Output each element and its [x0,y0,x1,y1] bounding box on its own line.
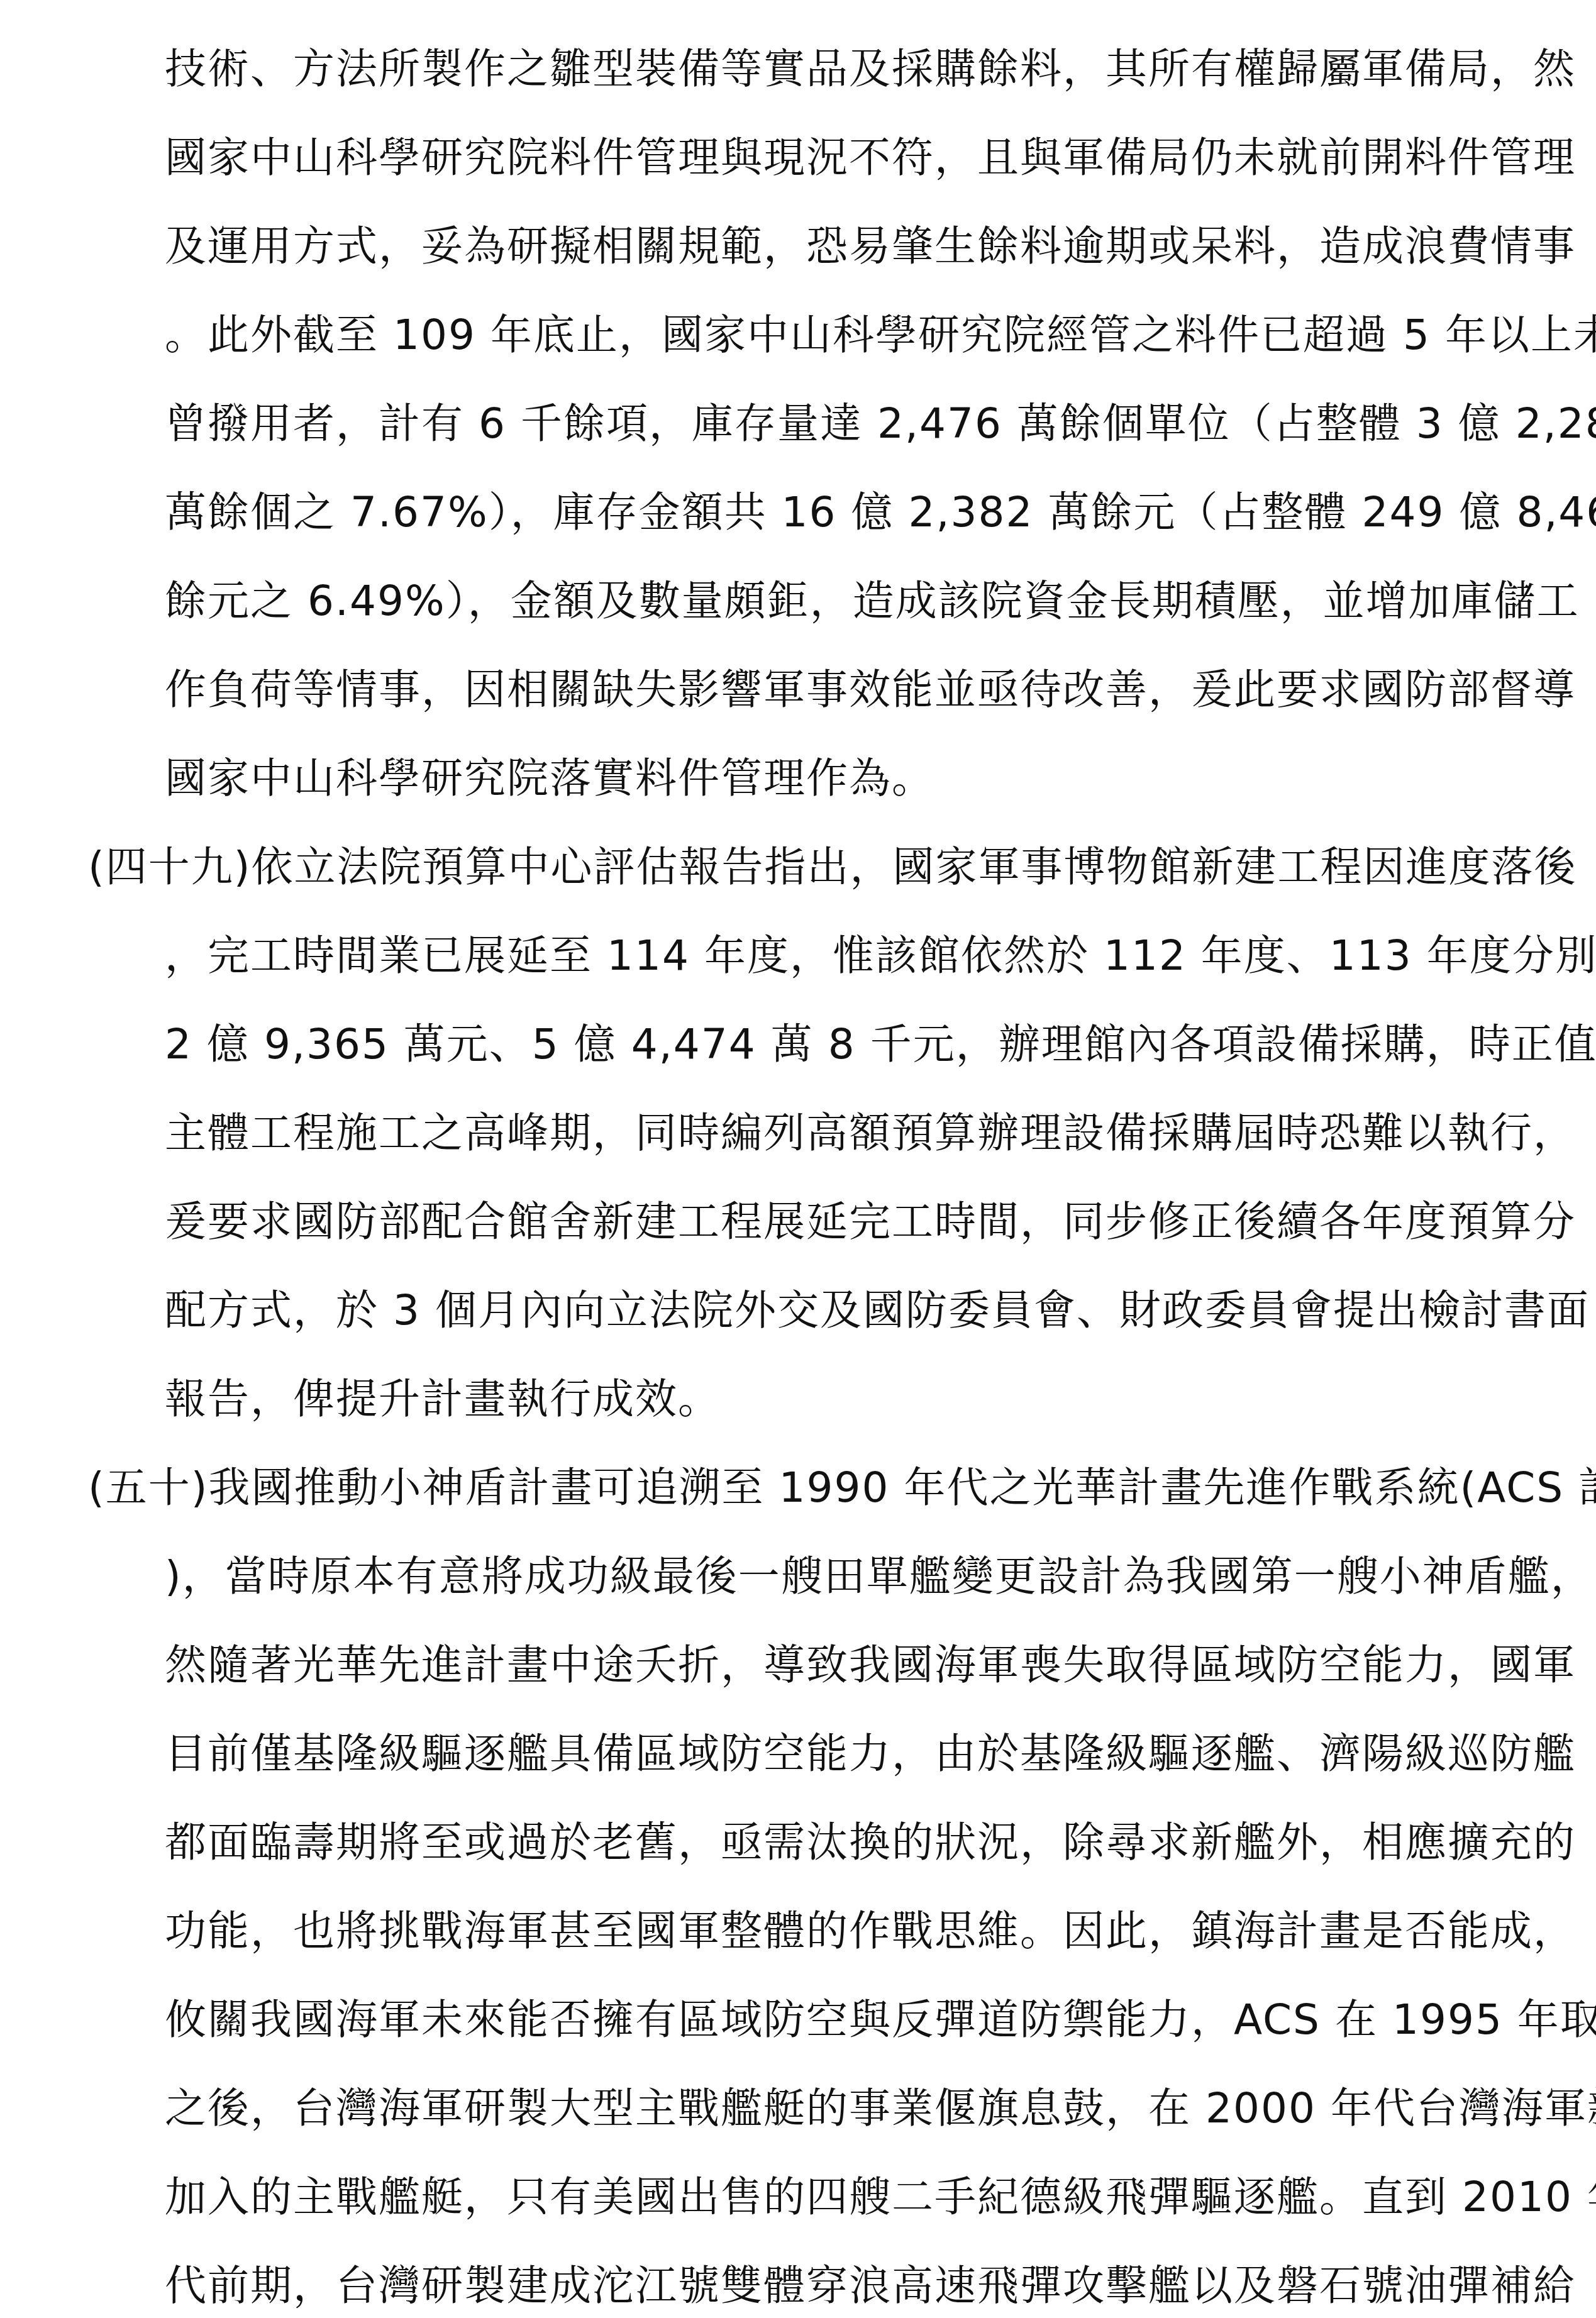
text-line: 之後，台灣海軍研製大型主戰艦艇的事業偃旗息鼓，在 2000 年代台灣海軍新 [165,2083,1568,2134]
text-line: 。此外截至 109 年底止，國家中山科學研究院經管之料件已超過 5 年以上未 [165,310,1568,360]
text-line: 都面臨壽期將至或過於老舊，亟需汰換的狀況，除尋求新艦外，相應擴充的 [165,1817,1568,1868]
text-line: 作負荷等情事，因相關缺失影響軍事效能並亟待改善，爰此要求國防部督導 [165,665,1568,715]
text-line: 曾撥用者，計有 6 千餘項，庫存量達 2,476 萬餘個單位（占整體 3 億 2… [165,399,1568,449]
text-line: 加入的主戰艦艇，只有美國出售的四艘二手紀德級飛彈驅逐艦。直到 2010 年 [165,2172,1568,2222]
text-line: 國家中山科學研究院料件管理與現況不符，且與軍備局仍未就前開料件管理 [165,133,1568,183]
text-line: 報告，俾提升計畫執行成效。 [165,1374,1568,1424]
text-line: 攸關我國海軍未來能否擁有區域防空與反彈道防禦能力，ACS 在 1995 年取消 [165,1995,1568,2045]
text-line: 爰要求國防部配合館舍新建工程展延完工時間，同步修正後續各年度預算分 [165,1197,1568,1247]
text-line: 及運用方式，妥為研擬相關規範，恐易肇生餘料逾期或呆料，造成浪費情事 [165,221,1568,272]
text-line: 配方式，於 3 個月內向立法院外交及國防委員會、財政委員會提出檢討書面 [165,1285,1568,1336]
text-line: 餘元之 6.49%），金額及數量頗鉅，造成該院資金長期積壓，並增加庫儲工 [165,576,1568,626]
text-content: 依立法院預算中心評估報告指出，國家軍事博物館新建工程因進度落後 [252,843,1577,891]
text-line: 國家中山科學研究院落實料件管理作為。 [165,753,1568,804]
text-line: 功能，也將挑戰海軍甚至國軍整體的作戰思維。因此，鎮海計畫是否能成， [165,1906,1568,1956]
item-number-label: (四十九) [88,843,252,891]
text-line: 技術、方法所製作之雛型裝備等實品及採購餘料，其所有權歸屬軍備局，然 [165,44,1568,94]
item-number-label: (五十) [88,1463,209,1512]
text-line: 然隨著光華先進計畫中途夭折，導致我國海軍喪失取得區域防空能力，國軍 [165,1640,1568,1690]
text-line: )，當時原本有意將成功級最後一艘田單艦變更設計為我國第一艘小神盾艦， [165,1551,1568,1602]
text-line: 代前期，台灣研製建成沱江號雙體穿浪高速飛彈攻擊艦以及磐石號油彈補給 [165,2261,1568,2311]
text-line-first: (五十)我國推動小神盾計畫可追溯至 1990 年代之光華計畫先進作戰系統(ACS… [88,1463,1568,1513]
text-line: 萬餘個之 7.67%），庫存金額共 16 億 2,382 萬餘元（占整體 249… [165,487,1568,538]
text-line-first: (四十九)依立法院預算中心評估報告指出，國家軍事博物館新建工程因進度落後 [88,842,1568,892]
text-content: 我國推動小神盾計畫可追溯至 1990 年代之光華計畫先進作戰系統(ACS 計畫 [209,1463,1596,1512]
text-line: 目前僅基隆級驅逐艦具備區域防空能力，由於基隆級驅逐艦、濟陽級巡防艦 [165,1729,1568,1779]
text-line: 主體工程施工之高峰期，同時編列高額預算辦理設備採購屆時恐難以執行， [165,1108,1568,1158]
document-page: 技術、方法所製作之雛型裝備等實品及採購餘料，其所有權歸屬軍備局，然 國家中山科學… [0,0,1596,2318]
text-line: ，完工時間業已展延至 114 年度，惟該館依然於 112 年度、113 年度分別… [165,931,1568,981]
text-line: 2 億 9,365 萬元、5 億 4,474 萬 8 千元，辦理館內各項設備採購… [165,1019,1568,1070]
